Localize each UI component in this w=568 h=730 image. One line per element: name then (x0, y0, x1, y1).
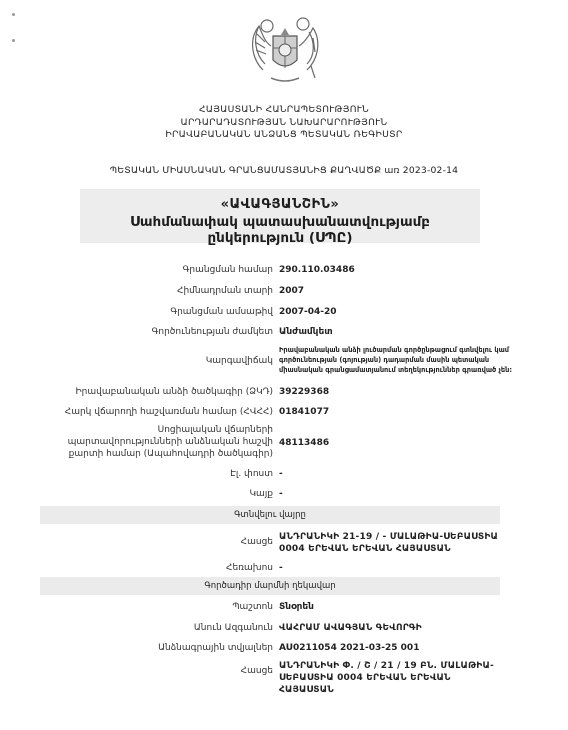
field-label: Անուն Ազգանուն (194, 622, 273, 634)
field-value: 2007 (279, 285, 304, 297)
field-value: AU0211054 2021-03-25 001 (279, 642, 419, 654)
field-label: Հասցե (241, 536, 273, 548)
scan-speck (12, 13, 15, 16)
field-value: Անժամկետ (279, 326, 333, 338)
company-legal-form: Սահմանափակ պատասխանատվությամբ ընկերությո… (80, 214, 480, 246)
company-name: «ԱՎԱԳՅԱՆՇԻՆ» (80, 197, 480, 212)
field-value: - (279, 488, 283, 500)
field-value: ԱՆԴՐԱՆԻԿԻ 21-19 / - ՄԱԼԱԹԻԱ-ՍԵԲԱՍՏԻԱ 000… (279, 531, 509, 555)
field-value: Իրավաբանական անձի լուծարման գործընթացում… (279, 345, 529, 375)
field-label: Հիմնադրման տարի (177, 285, 273, 297)
field-value: - (279, 468, 283, 480)
field-label: Անձնագրային տվյալներ (158, 642, 273, 654)
field-label: Սոցիալական վճարների պարտավորությունների … (53, 424, 273, 460)
location-section-header: Գտնվելու վայրը (40, 506, 500, 524)
field-value: ՎԱՀՐԱՄ ԱՎԱԳՅԱՆ ԳԵՎՈՐԳԻ (279, 622, 422, 634)
field-label: Իրավաբանական անձի ծածկագիր (ՁԿԴ) (75, 386, 273, 398)
government-header: ՀԱՅԱՍՏԱՆԻ ՀԱՆՐԱՊԵՏՈՒԹՅՈՒՆ ԱՐԴԱՐԱԴԱՏՈՒԹՅԱ… (0, 104, 568, 142)
gov-line-ministry: ԱՐԴԱՐԱԴԱՏՈՒԹՅԱՆ ՆԱԽԱՐԱՐՈՒԹՅՈՒՆ (0, 117, 568, 130)
field-label: Կայք (249, 488, 273, 500)
executive-section-header: Գործադիր մարմնի ղեկավար (40, 577, 500, 595)
field-label: Էլ. փոստ (230, 468, 273, 480)
field-label: Գրանցման ամսաթիվ (170, 306, 273, 318)
field-label: Հասցե (241, 665, 273, 677)
field-label: Հեռախոս (226, 562, 273, 574)
field-value: ԱՆԴՐԱՆԻԿԻ Փ. / Շ / 21 / 19 ԲՆ. ՄԱԼԱԹԻԱ-Ս… (279, 660, 499, 696)
field-value: 48113486 (279, 437, 329, 449)
field-label: Պաշտոն (232, 601, 273, 613)
company-title-bar: «ԱՎԱԳՅԱՆՇԻՆ» Սահմանափակ պատասխանատվությա… (80, 189, 480, 243)
field-label: Գործունեության ժամկետ (152, 326, 273, 338)
gov-line-registry: ԻՐԱՎԱԲԱՆԱԿԱՆ ԱՆՁԱՆՑ ՊԵՏԱԿԱՆ ՌԵԳԻՍՏՐ (0, 129, 568, 142)
field-value: - (279, 562, 283, 574)
scan-speck (12, 39, 15, 42)
field-label: Գրանցման համար (183, 264, 273, 276)
field-value: 39229368 (279, 386, 329, 398)
extract-date-line: ՊԵՏԱԿԱՆ ՄԻԱՍՆԱԿԱՆ ԳՐԱՆՑԱՄԱՏՅԱՆԻՑ ՔԱՂՎԱԾՔ… (0, 165, 568, 176)
field-label: Հարկ վճարողի հաշվառման համար (ՀՎՀՀ) (65, 406, 273, 418)
field-value: 2007-04-20 (279, 306, 337, 318)
field-value: 290.110.03486 (279, 264, 355, 276)
gov-line-republic: ՀԱՅԱՍՏԱՆԻ ՀԱՆՐԱՊԵՏՈՒԹՅՈՒՆ (0, 104, 568, 117)
field-label: Կարգավիճակ (206, 355, 273, 367)
coat-of-arms-icon (243, 8, 327, 92)
field-value: Տնօրեն (279, 601, 314, 613)
field-value: 01841077 (279, 406, 329, 418)
